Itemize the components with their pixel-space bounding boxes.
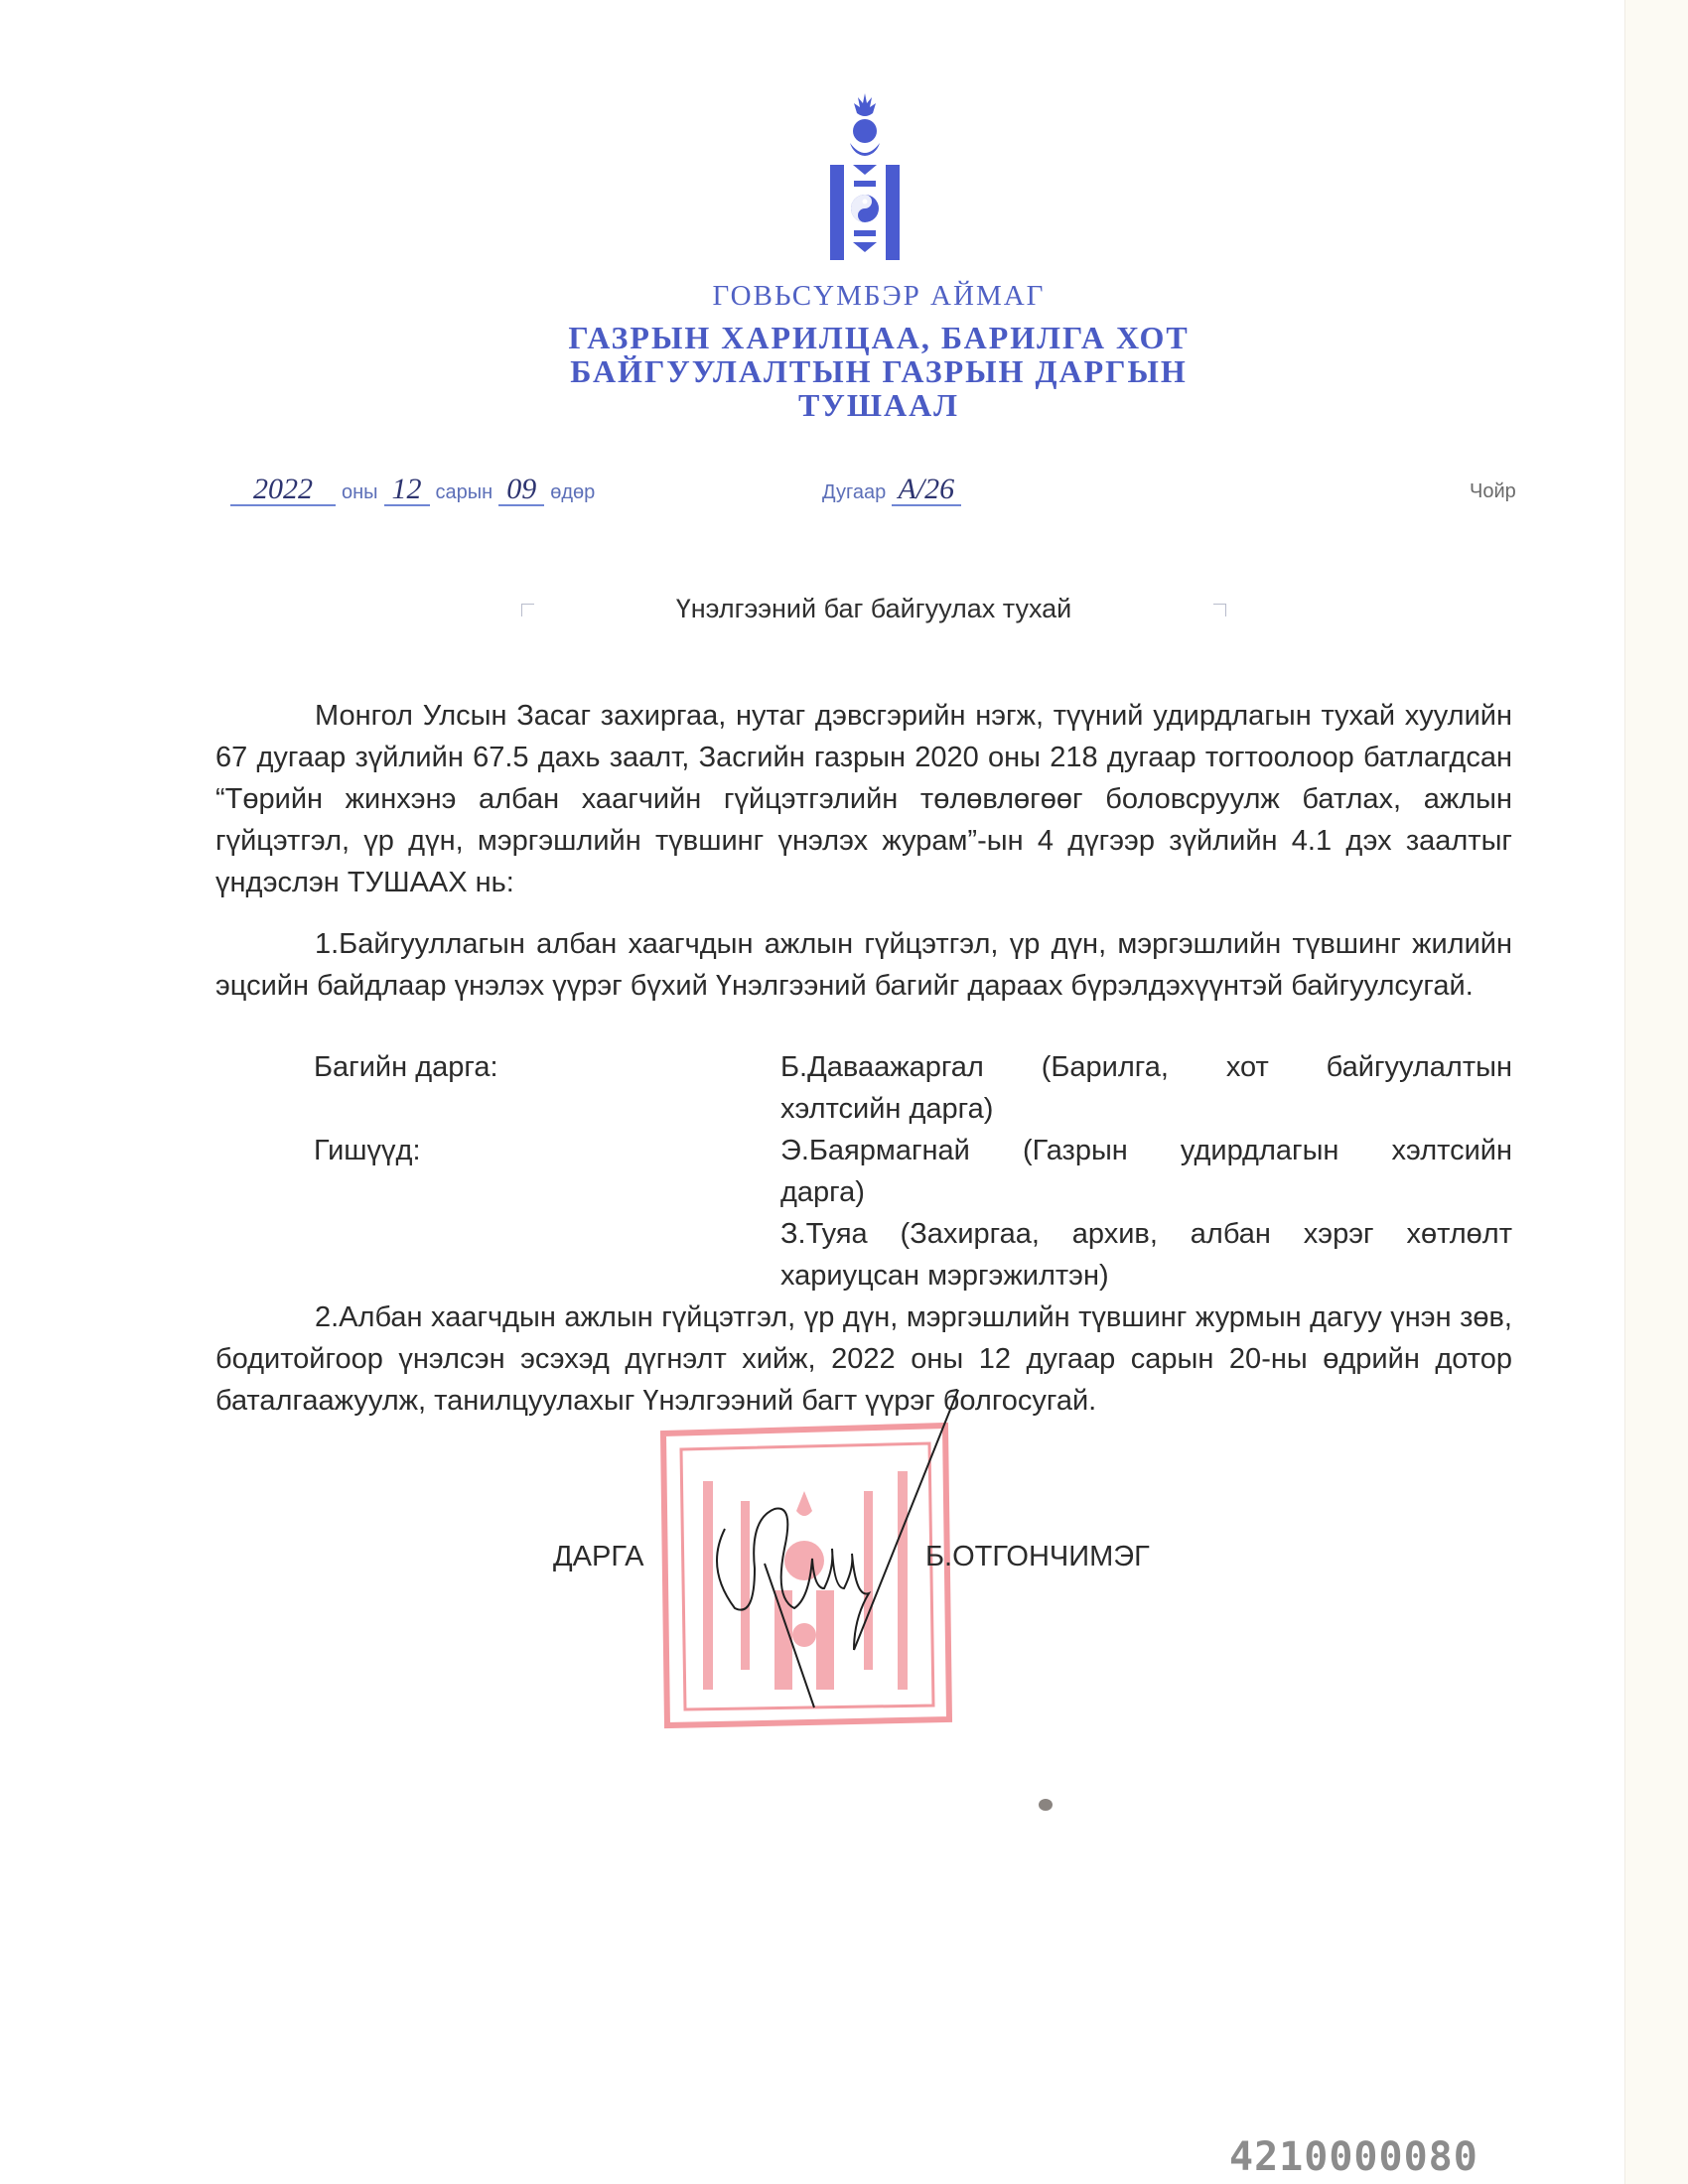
- member-role: [314, 1213, 780, 1297]
- number-label: Дугаар: [822, 481, 886, 503]
- year-label: оны: [342, 481, 378, 503]
- handwritten-signature-icon: [695, 1390, 993, 1787]
- serial-number: 4210000080: [1229, 2134, 1478, 2180]
- preamble-text: Монгол Улсын Засаг захиргаа, нутаг дэвсг…: [215, 695, 1512, 903]
- item-1-text: 1.Байгууллагын албан хаагчдын ажлын гүйц…: [215, 923, 1512, 1007]
- title-block: Үнэлгээний баг байгуулах тухай: [521, 594, 1226, 623]
- member-details: З.Туяа (Захиргаа, архив, албан хэрэг хөт…: [780, 1213, 1512, 1297]
- header-department-line1: ГАЗРЫН ХАРИЛЦАА, БАРИЛГА ХОТ: [0, 320, 1688, 356]
- paper-speck: [1039, 1799, 1053, 1811]
- date-line: 2022оны12сарын09өдөр: [230, 475, 601, 506]
- soyombo-emblem-icon: [830, 91, 900, 260]
- signatory-name: Б.ОТГОНЧИМЭГ: [925, 1541, 1150, 1573]
- date-day: 09: [498, 475, 544, 506]
- member-role: Гишүүд:: [314, 1130, 780, 1213]
- member-row: Багийн дарга: Б.Даваажаргал (Барилга, хо…: [314, 1046, 1512, 1130]
- member-row: Гишүүд: Э.Баярмагнай (Газрын удирдлагын …: [314, 1130, 1512, 1213]
- member-line: хэлтсийн дарга): [780, 1088, 1512, 1130]
- document-number: Дугаар А/26: [822, 475, 961, 506]
- member-line: Б.Даваажаргал (Барилга, хот байгуулалтын: [780, 1046, 1512, 1088]
- day-label: өдөр: [550, 481, 595, 503]
- preamble-paragraph: Монгол Улсын Засаг захиргаа, нутаг дэвсг…: [215, 695, 1512, 903]
- header-department-line2: БАЙГУУЛАЛТЫН ГАЗРЫН ДАРГЫН: [0, 353, 1688, 390]
- number-value: А/26: [892, 475, 961, 506]
- member-line: Э.Баярмагнай (Газрын удирдлагын хэлтсийн: [780, 1130, 1512, 1171]
- month-label: сарын: [436, 481, 493, 503]
- member-details: Б.Даваажаргал (Барилга, хот байгуулалтын…: [780, 1046, 1512, 1130]
- member-row: З.Туяа (Захиргаа, архив, албан хэрэг хөт…: [314, 1213, 1512, 1297]
- team-members-list: Багийн дарга: Б.Даваажаргал (Барилга, хо…: [314, 1046, 1512, 1297]
- date-year: 2022: [230, 475, 336, 506]
- header-province: ГОВЬСҮМБЭР АЙМАГ: [0, 280, 1688, 313]
- signatory-position: ДАРГА: [553, 1541, 643, 1573]
- member-line: З.Туяа (Захиргаа, архив, албан хэрэг хөт…: [780, 1213, 1512, 1255]
- member-line: дарга): [780, 1171, 1512, 1213]
- member-details: Э.Баярмагнай (Газрын удирдлагын хэлтсийн…: [780, 1130, 1512, 1213]
- header-document-type: ТУШААЛ: [0, 387, 1688, 424]
- item-1-paragraph: 1.Байгууллагын албан хаагчдын ажлын гүйц…: [215, 923, 1512, 1007]
- member-role: Багийн дарга:: [314, 1046, 780, 1130]
- place-name: Чойр: [1470, 480, 1516, 503]
- date-month: 12: [384, 475, 430, 506]
- document-title: Үнэлгээний баг байгуулах тухай: [521, 594, 1226, 624]
- member-line: хариуцсан мэргэжилтэн): [780, 1255, 1512, 1297]
